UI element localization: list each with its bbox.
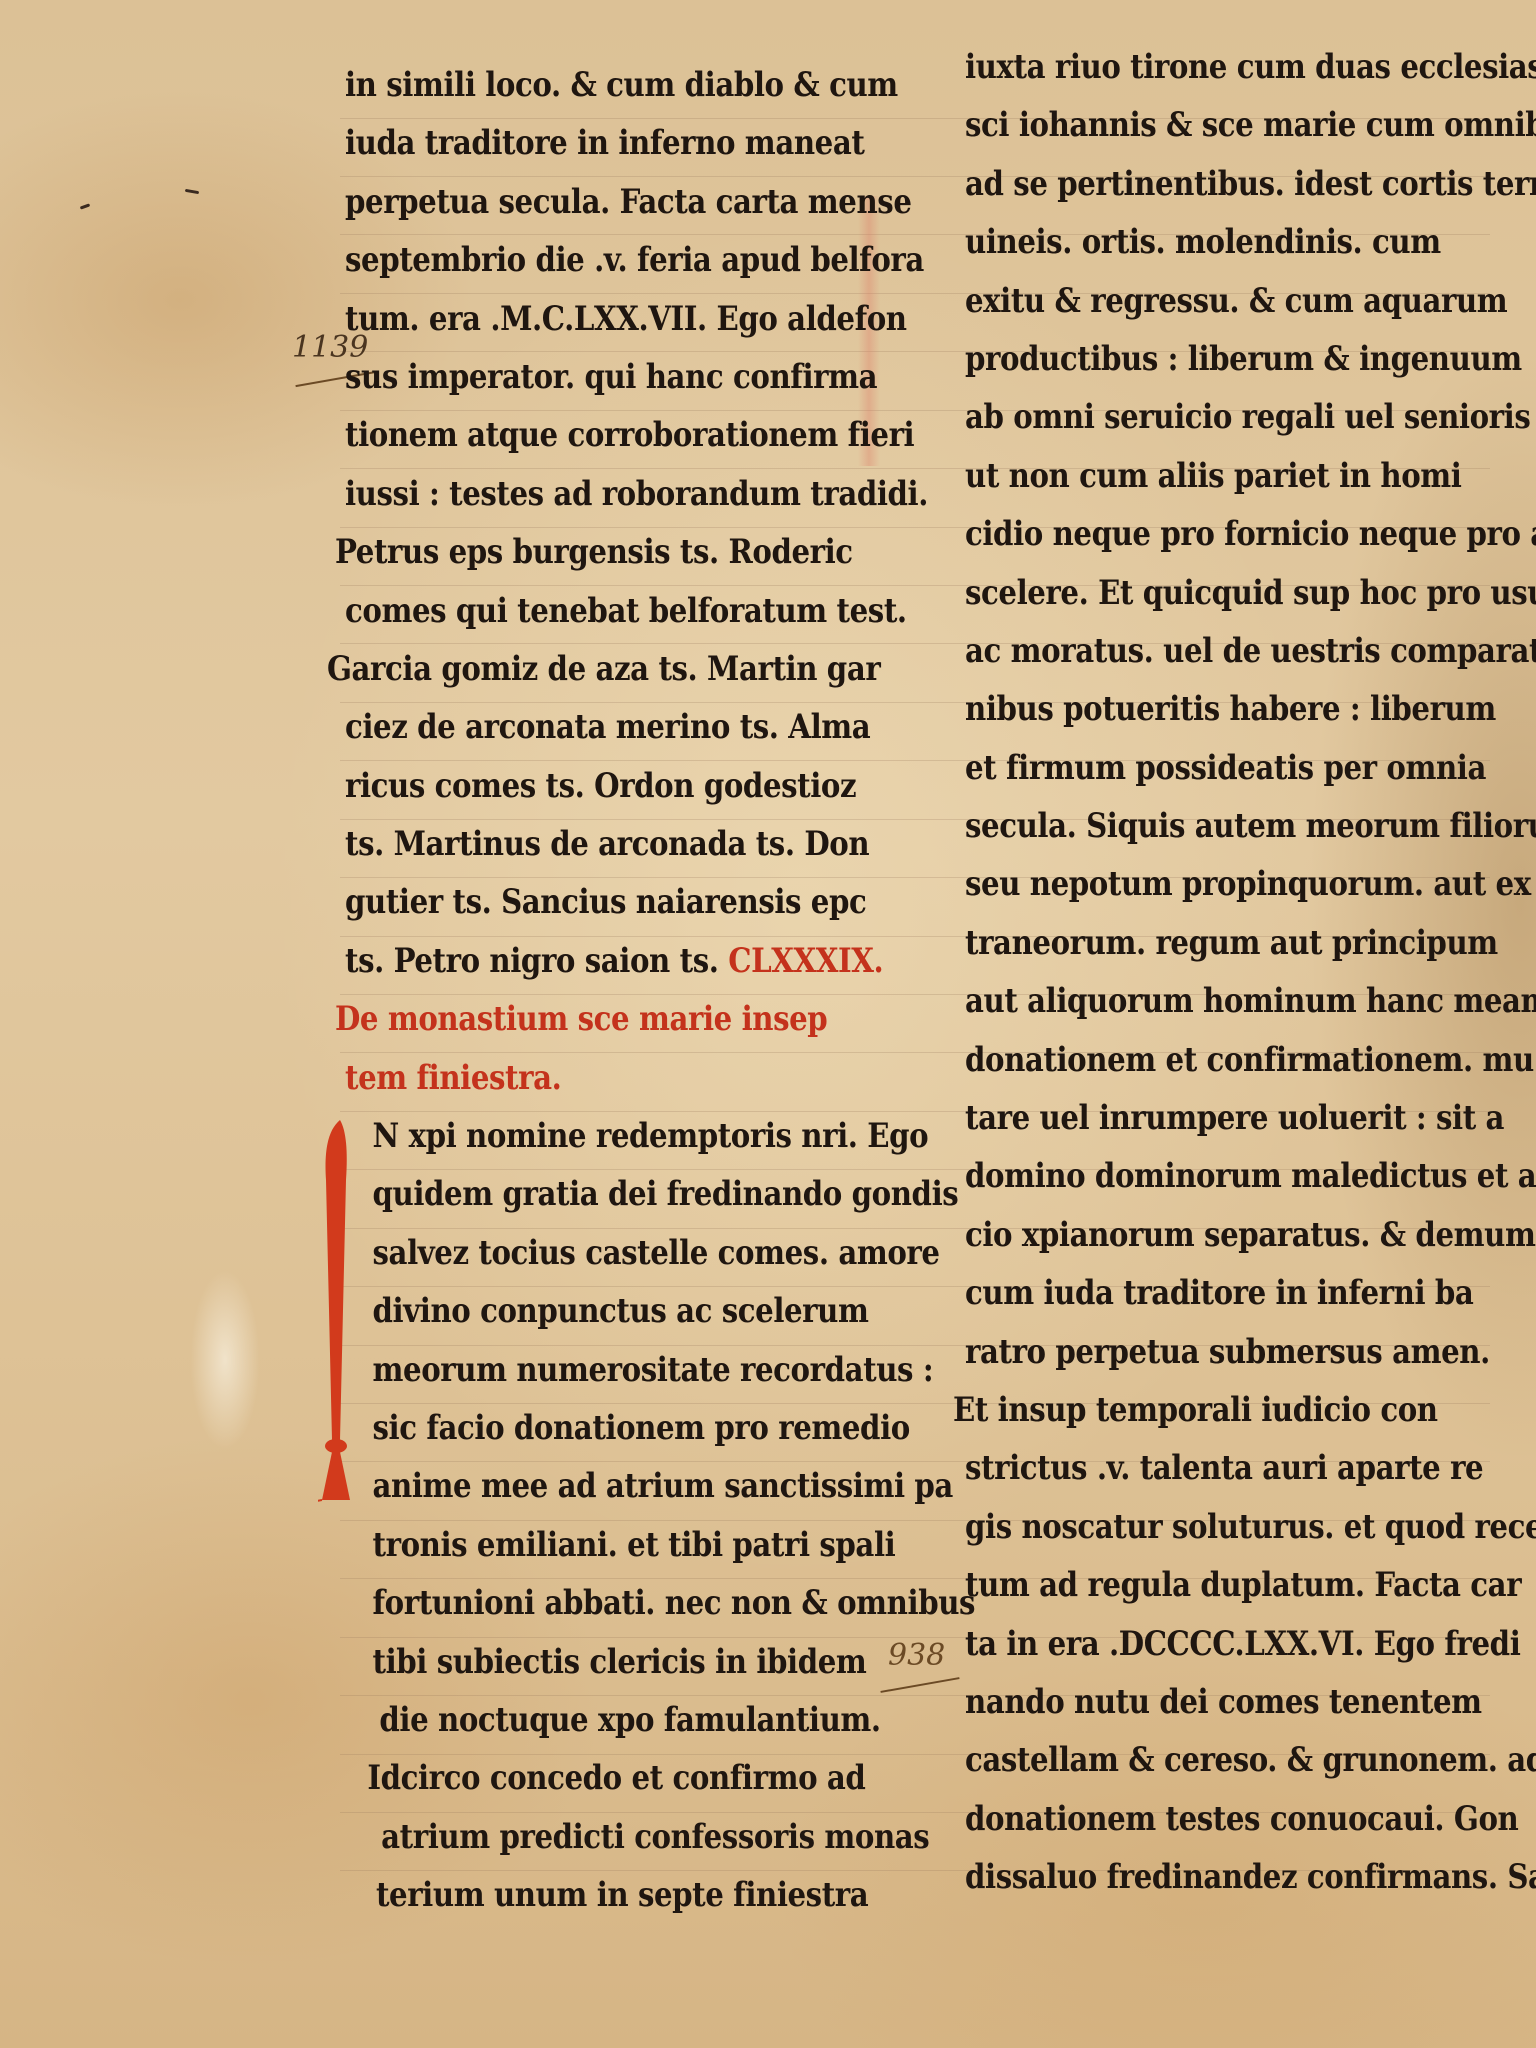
text-line: ciez de arconata merino ts. Alma — [345, 698, 797, 756]
text-line: tionem atque corroborationem fieri — [345, 406, 797, 464]
text-line: donationem et confirmationem. mu — [965, 1031, 1412, 1089]
text-line: dissaluo fredinandez confirmans. San — [965, 1848, 1412, 1906]
text-line: cidio neque pro fornicio neque pro aliqu… — [965, 505, 1412, 563]
text-line: salvez tocius castelle comes. amore — [345, 1224, 797, 1282]
text-line: anime mee ad atrium sanctissimi pa — [345, 1457, 797, 1515]
text-line: seu nepotum propinquorum. aut ex — [965, 855, 1412, 913]
text-line: ts. Martinus de arconada ts. Don — [345, 815, 797, 873]
chapter-number: CLXXXIX. — [728, 941, 883, 981]
text-line: castellam & cereso. & grunonem. ad hanc — [965, 1731, 1412, 1789]
text-line: in simili loco. & cum diablo & cum — [345, 56, 797, 114]
text-line: et firmum possideatis per omnia — [965, 739, 1412, 797]
text-line: ta in era .DCCCC.LXX.VI. Ego fredi — [965, 1615, 1412, 1673]
rubric-heading: tem finiestra. — [345, 1049, 797, 1107]
text-line: atrium predicti confessoris monas — [345, 1808, 797, 1866]
text-line: divino conpunctus ac scelerum — [345, 1282, 797, 1340]
text-line: quidem gratia dei fredinando gondis — [345, 1165, 797, 1223]
text-line: Idcirco concedo et confirmo ad — [345, 1749, 797, 1807]
text-line: traneorum. regum aut principum — [965, 914, 1412, 972]
text-line: ratro perpetua submersus amen. — [965, 1323, 1412, 1381]
marginal-date-938: 938 — [888, 1638, 945, 1673]
red-initial-i-icon — [318, 1120, 356, 1510]
text-line: uineis. ortis. molendinis. cum — [965, 213, 1412, 271]
text-line: septembrio die .v. feria apud belfora — [345, 231, 797, 289]
text-line: cio xpianorum separatus. & demum — [965, 1206, 1412, 1264]
text-line: perpetua secula. Facta carta mense — [345, 173, 797, 231]
text-line: gis noscatur soluturus. et quod recep — [965, 1498, 1412, 1556]
text-line: tum ad regula duplatum. Facta car — [965, 1556, 1412, 1614]
text-line: nando nutu dei comes tenentem — [965, 1673, 1412, 1731]
text-line: meorum numerositate recordatus : — [345, 1341, 797, 1399]
text-line-with-chapter-number: ts. Petro nigro saion ts. CLXXXIX. — [345, 932, 797, 990]
text-line: ac moratus. uel de uestris comparatio — [965, 622, 1412, 680]
ink-speck — [80, 203, 90, 209]
text-line: tare uel inrumpere uoluerit : sit a — [965, 1089, 1412, 1147]
right-column: iuxta riuo tirone cum duas ecclesias sci… — [965, 38, 1485, 1907]
text-line: tronis emiliani. et tibi patri spali — [345, 1516, 797, 1574]
text-line: iuxta riuo tirone cum duas ecclesias — [965, 38, 1412, 96]
text-segment: ts. Petro nigro saion ts. — [345, 941, 718, 981]
text-line: sus imperator. qui hanc confirma — [345, 348, 797, 406]
text-line: ad se pertinentibus. idest cortis terris… — [965, 155, 1412, 213]
text-line: nibus potueritis habere : liberum — [965, 680, 1412, 738]
marginal-underline — [880, 1677, 959, 1693]
ink-speck — [185, 189, 199, 194]
parchment-damage-patch — [190, 1270, 260, 1450]
text-line: die noctuque xpo famulantium. — [345, 1691, 797, 1749]
text-line: tum. era .M.C.LXX.VII. Ego aldefon — [345, 290, 797, 348]
text-line: Petrus eps burgensis ts. Roderic — [335, 523, 795, 581]
text-line: iussi : testes ad roborandum tradidi. — [345, 465, 797, 523]
text-line: donationem testes conuocaui. Gon — [965, 1790, 1412, 1848]
text-line: aut aliquorum hominum hanc meam — [965, 972, 1412, 1030]
rubric-heading: De monastium sce marie insep — [335, 990, 795, 1048]
text-line: ab omni seruicio regali uel senioris — [965, 388, 1412, 446]
text-line: comes qui tenebat belforatum test. — [345, 582, 797, 640]
text-line: scelere. Et quicquid sup hoc pro usus — [965, 564, 1412, 622]
text-line: Et insup temporali iudicio con — [953, 1381, 1411, 1439]
text-line: ricus comes ts. Ordon godestioz — [345, 757, 797, 815]
text-line: N xpi nomine redemptoris nri. Ego — [345, 1107, 797, 1165]
text-line: sic facio donationem pro remedio — [345, 1399, 797, 1457]
text-line: gutier ts. Sancius naiarensis epc — [345, 873, 797, 931]
left-column: in simili loco. & cum diablo & cum iuda … — [345, 56, 870, 1925]
text-line: terium unum in septe finiestra — [345, 1866, 797, 1924]
text-line: productibus : liberum & ingenuum — [965, 330, 1412, 388]
text-line: fortunioni abbati. nec non & omnibus — [345, 1574, 797, 1632]
text-line: domino dominorum maledictus et a consor — [965, 1147, 1412, 1205]
text-line: cum iuda traditore in inferni ba — [965, 1264, 1412, 1322]
manuscript-page: 1139 938 in simili loco. & cum diablo & … — [0, 0, 1536, 2048]
text-line: iuda traditore in inferno maneat — [345, 114, 797, 172]
text-line: sci iohannis & sce marie cum omnibus — [965, 96, 1412, 154]
text-line: Garcia gomiz de aza ts. Martin gar — [327, 640, 794, 698]
text-line: secula. Siquis autem meorum filiorum — [965, 797, 1412, 855]
text-line: strictus .v. talenta auri aparte re — [965, 1439, 1412, 1497]
text-line: ut non cum aliis pariet in homi — [965, 447, 1412, 505]
text-line: tibi subiectis clericis in ibidem — [345, 1633, 797, 1691]
text-line: exitu & regressu. & cum aquarum — [965, 272, 1412, 330]
